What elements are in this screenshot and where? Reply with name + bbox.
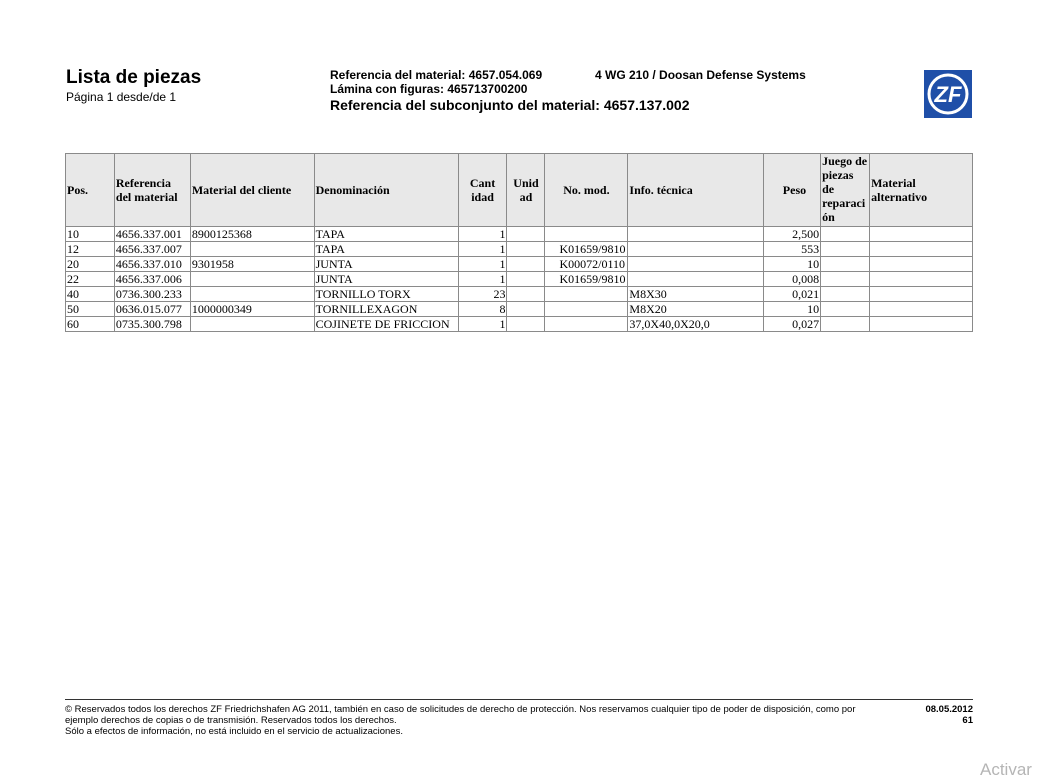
footer-copyright: © Reservados todos los derechos ZF Fried… bbox=[65, 704, 905, 737]
cell-alternativo bbox=[870, 242, 973, 257]
cell-cantidad: 1 bbox=[458, 242, 507, 257]
footer-divider bbox=[65, 699, 973, 700]
cell-cliente: 8900125368 bbox=[190, 227, 314, 242]
cell-juego bbox=[821, 302, 870, 317]
cell-unidad bbox=[507, 272, 545, 287]
cell-info bbox=[628, 242, 764, 257]
cell-cliente bbox=[190, 287, 314, 302]
cell-denominacion: TAPA bbox=[314, 242, 458, 257]
col-juego: Juego de piezas de reparaci ón bbox=[821, 154, 870, 227]
cell-peso: 553 bbox=[764, 242, 821, 257]
col-pos: Pos. bbox=[66, 154, 115, 227]
cell-juego bbox=[821, 317, 870, 332]
subassembly-reference: Referencia del subconjunto del material:… bbox=[330, 97, 689, 113]
cell-info bbox=[628, 272, 764, 287]
col-peso: Peso bbox=[764, 154, 821, 227]
cell-no-mod bbox=[545, 302, 628, 317]
footer-line-2: ejemplo derechos de copias o de transmis… bbox=[65, 715, 905, 726]
table-header-row: Pos. Referencia del material Material de… bbox=[66, 154, 973, 227]
table-row: 104656.337.0018900125368TAPA12,500 bbox=[66, 227, 973, 242]
cell-ref: 4656.337.010 bbox=[114, 257, 190, 272]
cell-cliente: 1000000349 bbox=[190, 302, 314, 317]
cell-denominacion: JUNTA bbox=[314, 257, 458, 272]
cell-ref: 0735.300.798 bbox=[114, 317, 190, 332]
cell-denominacion: COJINETE DE FRICCION bbox=[314, 317, 458, 332]
table-row: 400736.300.233TORNILLO TORX23M8X300,021 bbox=[66, 287, 973, 302]
cell-cliente bbox=[190, 242, 314, 257]
cell-peso: 0,021 bbox=[764, 287, 821, 302]
cell-cantidad: 1 bbox=[458, 257, 507, 272]
col-alternativo: Material alternativo bbox=[870, 154, 973, 227]
cell-unidad bbox=[507, 302, 545, 317]
cell-ref: 4656.337.007 bbox=[114, 242, 190, 257]
cell-ref: 4656.337.001 bbox=[114, 227, 190, 242]
cell-ref: 4656.337.006 bbox=[114, 272, 190, 287]
table-row: 224656.337.006JUNTA1K01659/98100,008 bbox=[66, 272, 973, 287]
cell-pos: 20 bbox=[66, 257, 115, 272]
cell-info bbox=[628, 227, 764, 242]
cell-no-mod: K01659/9810 bbox=[545, 242, 628, 257]
cell-alternativo bbox=[870, 302, 973, 317]
cell-cantidad: 1 bbox=[458, 227, 507, 242]
cell-peso: 2,500 bbox=[764, 227, 821, 242]
cell-pos: 40 bbox=[66, 287, 115, 302]
table-row: 204656.337.0109301958JUNTA1K00072/011010 bbox=[66, 257, 973, 272]
cell-cantidad: 1 bbox=[458, 272, 507, 287]
cell-denominacion: TORNILLEXAGON bbox=[314, 302, 458, 317]
cell-pos: 22 bbox=[66, 272, 115, 287]
cell-alternativo bbox=[870, 227, 973, 242]
svg-text:ZF: ZF bbox=[934, 82, 962, 107]
cell-pos: 60 bbox=[66, 317, 115, 332]
cell-alternativo bbox=[870, 287, 973, 302]
cell-pos: 50 bbox=[66, 302, 115, 317]
cell-peso: 0,027 bbox=[764, 317, 821, 332]
cell-cantidad: 1 bbox=[458, 317, 507, 332]
cell-info: M8X20 bbox=[628, 302, 764, 317]
cell-cantidad: 8 bbox=[458, 302, 507, 317]
cell-alternativo bbox=[870, 257, 973, 272]
footer-line-3: Sólo a efectos de información, no está i… bbox=[65, 726, 905, 737]
cell-pos: 12 bbox=[66, 242, 115, 257]
cell-denominacion: TAPA bbox=[314, 227, 458, 242]
cell-juego bbox=[821, 242, 870, 257]
cell-juego bbox=[821, 272, 870, 287]
material-reference: Referencia del material: 4657.054.069 bbox=[330, 68, 542, 82]
col-cliente: Material del cliente bbox=[190, 154, 314, 227]
cell-peso: 0,008 bbox=[764, 272, 821, 287]
cell-denominacion: JUNTA bbox=[314, 272, 458, 287]
cell-pos: 10 bbox=[66, 227, 115, 242]
footer-meta: 08.05.2012 61 bbox=[925, 704, 973, 726]
cell-unidad bbox=[507, 287, 545, 302]
col-denominacion: Denominación bbox=[314, 154, 458, 227]
zf-logo-icon: ZF bbox=[924, 70, 972, 118]
footer-date: 08.05.2012 bbox=[925, 704, 973, 715]
cell-alternativo bbox=[870, 317, 973, 332]
cell-cliente bbox=[190, 317, 314, 332]
cell-cliente bbox=[190, 272, 314, 287]
cell-info: M8X30 bbox=[628, 287, 764, 302]
figure-sheet: Lámina con figuras: 465713700200 bbox=[330, 82, 527, 96]
cell-ref: 0636.015.077 bbox=[114, 302, 190, 317]
cell-no-mod: K00072/0110 bbox=[545, 257, 628, 272]
cell-cantidad: 23 bbox=[458, 287, 507, 302]
page-title: Lista de piezas bbox=[66, 67, 201, 89]
cell-no-mod bbox=[545, 287, 628, 302]
page-info: Página 1 desde/de 1 bbox=[66, 90, 176, 104]
cell-juego bbox=[821, 227, 870, 242]
table-row: 124656.337.007TAPA1K01659/9810553 bbox=[66, 242, 973, 257]
col-ref: Referencia del material bbox=[114, 154, 190, 227]
cell-info bbox=[628, 257, 764, 272]
cell-no-mod bbox=[545, 317, 628, 332]
cell-cliente: 9301958 bbox=[190, 257, 314, 272]
cell-ref: 0736.300.233 bbox=[114, 287, 190, 302]
table-row: 500636.015.0771000000349TORNILLEXAGON8M8… bbox=[66, 302, 973, 317]
model-label: 4 WG 210 / Doosan Defense Systems bbox=[595, 68, 806, 82]
cell-denominacion: TORNILLO TORX bbox=[314, 287, 458, 302]
cell-alternativo bbox=[870, 272, 973, 287]
footer-page-number: 61 bbox=[925, 715, 973, 726]
cell-unidad bbox=[507, 227, 545, 242]
col-cantidad: Cant idad bbox=[458, 154, 507, 227]
cell-info: 37,0X40,0X20,0 bbox=[628, 317, 764, 332]
col-unidad: Unid ad bbox=[507, 154, 545, 227]
cell-peso: 10 bbox=[764, 257, 821, 272]
cell-peso: 10 bbox=[764, 302, 821, 317]
col-no-mod: No. mod. bbox=[545, 154, 628, 227]
cell-juego bbox=[821, 287, 870, 302]
col-info: Info. técnica bbox=[628, 154, 764, 227]
cell-unidad bbox=[507, 257, 545, 272]
cell-no-mod bbox=[545, 227, 628, 242]
cell-unidad bbox=[507, 242, 545, 257]
footer-line-1: © Reservados todos los derechos ZF Fried… bbox=[65, 704, 905, 715]
cell-no-mod: K01659/9810 bbox=[545, 272, 628, 287]
table-row: 600735.300.798COJINETE DE FRICCION137,0X… bbox=[66, 317, 973, 332]
cell-juego bbox=[821, 257, 870, 272]
parts-table: Pos. Referencia del material Material de… bbox=[65, 153, 973, 332]
activation-watermark: Activar bbox=[980, 760, 1032, 779]
cell-unidad bbox=[507, 317, 545, 332]
